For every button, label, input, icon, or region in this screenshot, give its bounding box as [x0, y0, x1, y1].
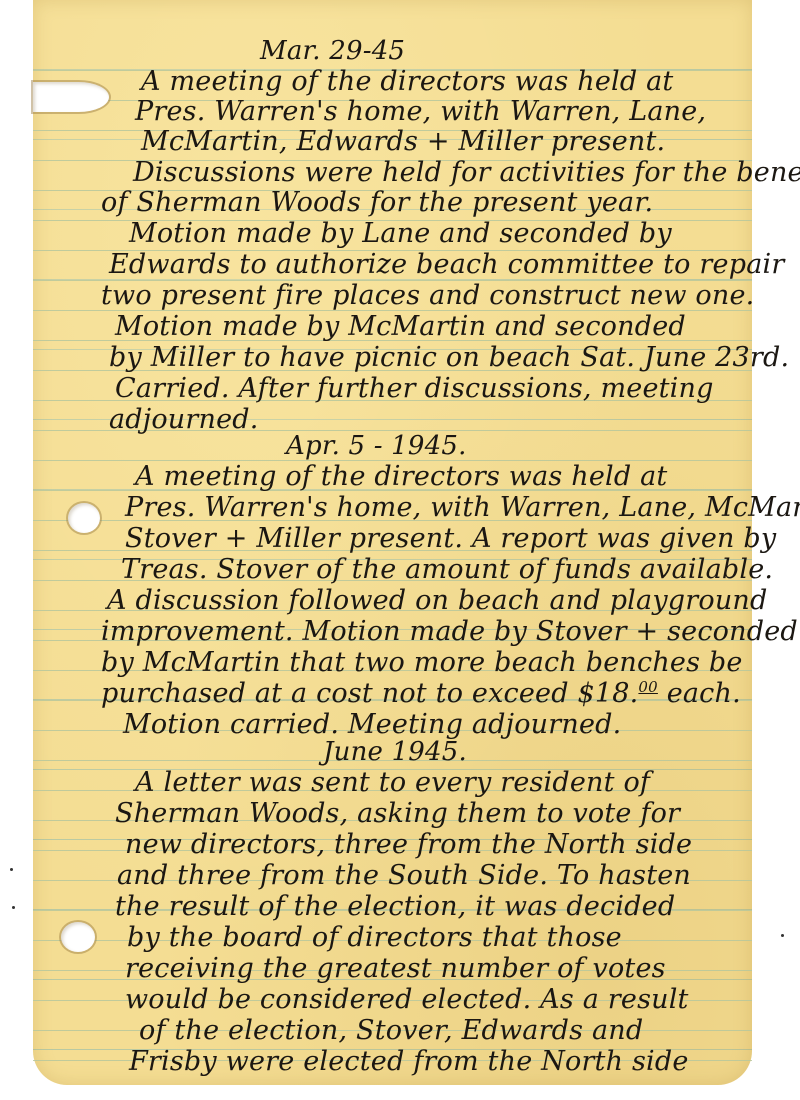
text-line: Edwards to authorize beach committee to … [109, 249, 784, 280]
amount-suffix: each. [658, 678, 741, 709]
text-line: improvement. Motion made by Stover + sec… [101, 616, 798, 647]
text-line: purchased at a cost not to exceed $18.00… [101, 678, 741, 709]
entry-date: Apr. 5 - 1945. [286, 431, 467, 461]
text-line: and three from the South Side. To hasten [117, 860, 691, 891]
amount-prefix: purchased at a cost not to exceed $18. [101, 678, 638, 709]
text-line: Motion made by Lane and seconded by [129, 218, 672, 249]
handwritten-text: Mar. 29-45 A meeting of the directors wa… [33, 0, 752, 1085]
text-line: Pres. Warren's home, with Warren, Lane, … [125, 492, 800, 523]
text-line: of the election, Stover, Edwards and [139, 1015, 643, 1046]
stray-mark [12, 906, 15, 909]
text-line: A meeting of the directors was held at [141, 66, 673, 97]
text-line: the result of the election, it was decid… [115, 891, 675, 922]
text-line: by the board of directors that those [127, 922, 622, 953]
text-line: would be considered elected. As a result [125, 984, 689, 1015]
text-line: receiving the greatest number of votes [125, 953, 666, 984]
text-line: Stover + Miller present. A report was gi… [125, 523, 776, 554]
text-line: Motion made by McMartin and seconded [115, 311, 686, 342]
text-line: Carried. After further discussions, meet… [115, 373, 714, 404]
entry-date: Mar. 29-45 [260, 36, 405, 66]
text-line: Sherman Woods, asking them to vote for [115, 798, 680, 829]
text-line: Discussions were held for activities for… [133, 157, 800, 188]
text-line: Frisby were elected from the North side [129, 1046, 689, 1077]
stray-mark [10, 868, 13, 871]
text-line: McMartin, Edwards + Miller present. [141, 126, 665, 157]
text-line: A meeting of the directors was held at [135, 461, 667, 492]
notebook-page: Mar. 29-45 A meeting of the directors wa… [33, 0, 752, 1085]
text-line: Pres. Warren's home, with Warren, Lane, [135, 96, 706, 127]
text-line: by Miller to have picnic on beach Sat. J… [109, 342, 789, 373]
amount-cents: 00 [638, 678, 658, 696]
text-line: new directors, three from the North side [125, 829, 692, 860]
text-line: A discussion followed on beach and playg… [107, 585, 767, 616]
text-line: adjourned. [109, 404, 259, 435]
stray-mark [781, 934, 784, 937]
text-line: A letter was sent to every resident of [135, 767, 650, 798]
entry-date: June 1945. [323, 737, 467, 767]
text-line: of Sherman Woods for the present year. [101, 187, 653, 218]
text-line: Treas. Stover of the amount of funds ava… [121, 554, 773, 585]
text-line: Motion carried. Meeting adjourned. [123, 709, 621, 740]
text-line: two present fire places and construct ne… [101, 280, 754, 311]
text-line: by McMartin that two more beach benches … [101, 647, 743, 678]
